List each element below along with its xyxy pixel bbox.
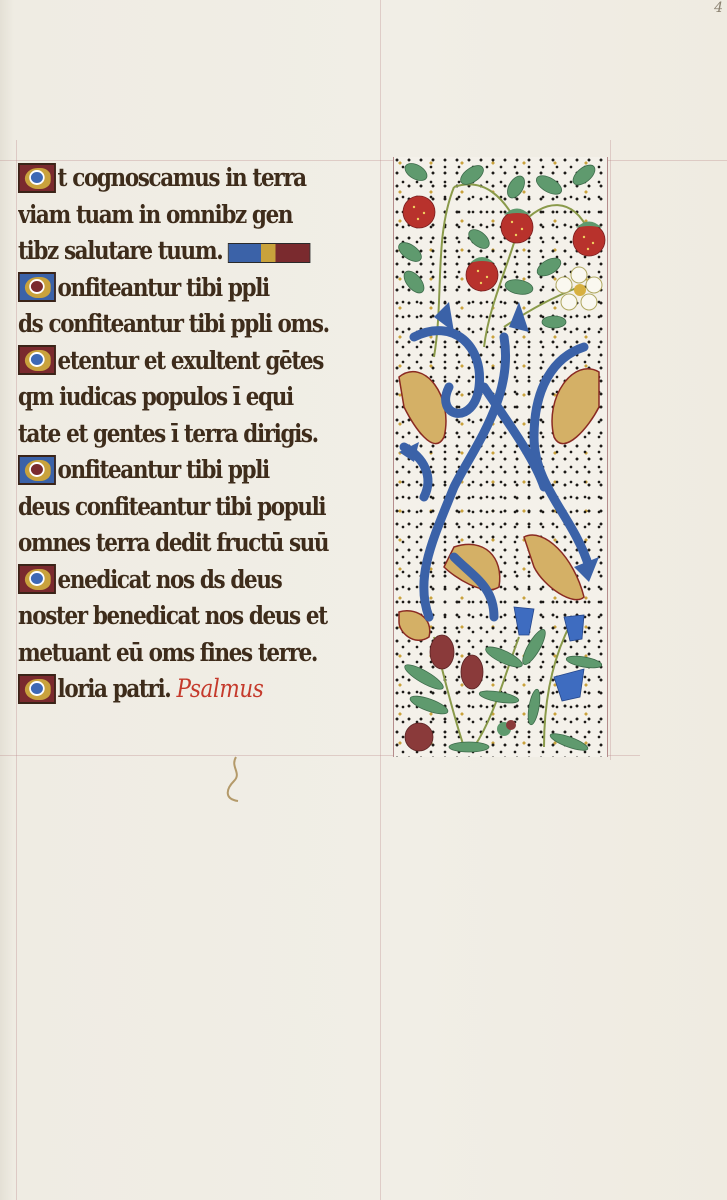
text-line: onfiteantur tibi ppli: [18, 270, 388, 307]
text-line: tibz salutare tuum.: [18, 233, 388, 270]
rubric-psalmus: Psalmus: [176, 674, 263, 703]
ruling-line: [16, 140, 17, 1200]
text-line: deus confiteantur tibi populi: [18, 489, 388, 526]
text-line: viam tuam in omnibz gen: [18, 197, 388, 234]
manuscript-page: 4 t cognoscamus in terra viam tuam in om…: [0, 0, 727, 1200]
line-filler-ornament: [227, 243, 310, 263]
catchword-flourish: [222, 755, 252, 805]
illuminated-initial: [18, 163, 56, 193]
illuminated-initial: [18, 272, 56, 302]
text-line: qm iudicas populos ī equi: [18, 379, 388, 416]
illuminated-initial: [18, 455, 56, 485]
text-line: t cognoscamus in terra: [18, 160, 388, 197]
illuminated-initial: [18, 345, 56, 375]
illuminated-initial: [18, 674, 56, 704]
text-line: ds confiteantur tibi ppli oms.: [18, 306, 388, 343]
text-line: noster benedicat nos deus et: [18, 598, 388, 635]
text-line: onfiteantur tibi ppli: [18, 452, 388, 489]
text-line: loria patri. Psalmus: [18, 671, 388, 708]
illuminated-initial: [18, 564, 56, 594]
decorated-border-panel: [393, 157, 608, 757]
text-line: metuant eū oms fines terre.: [18, 635, 388, 672]
text-line: enedicat nos ds deus: [18, 562, 388, 599]
folio-number: 4: [714, 0, 723, 16]
text-line: etentur et exultent gētes: [18, 343, 388, 380]
ruling-line: [610, 140, 611, 760]
text-line: omnes terra dedit fructū suū: [18, 525, 388, 562]
text-line: tate et gentes ī terra dirigis.: [18, 416, 388, 453]
text-column: t cognoscamus in terra viam tuam in omni…: [18, 160, 388, 708]
border-illumination: [394, 157, 607, 757]
